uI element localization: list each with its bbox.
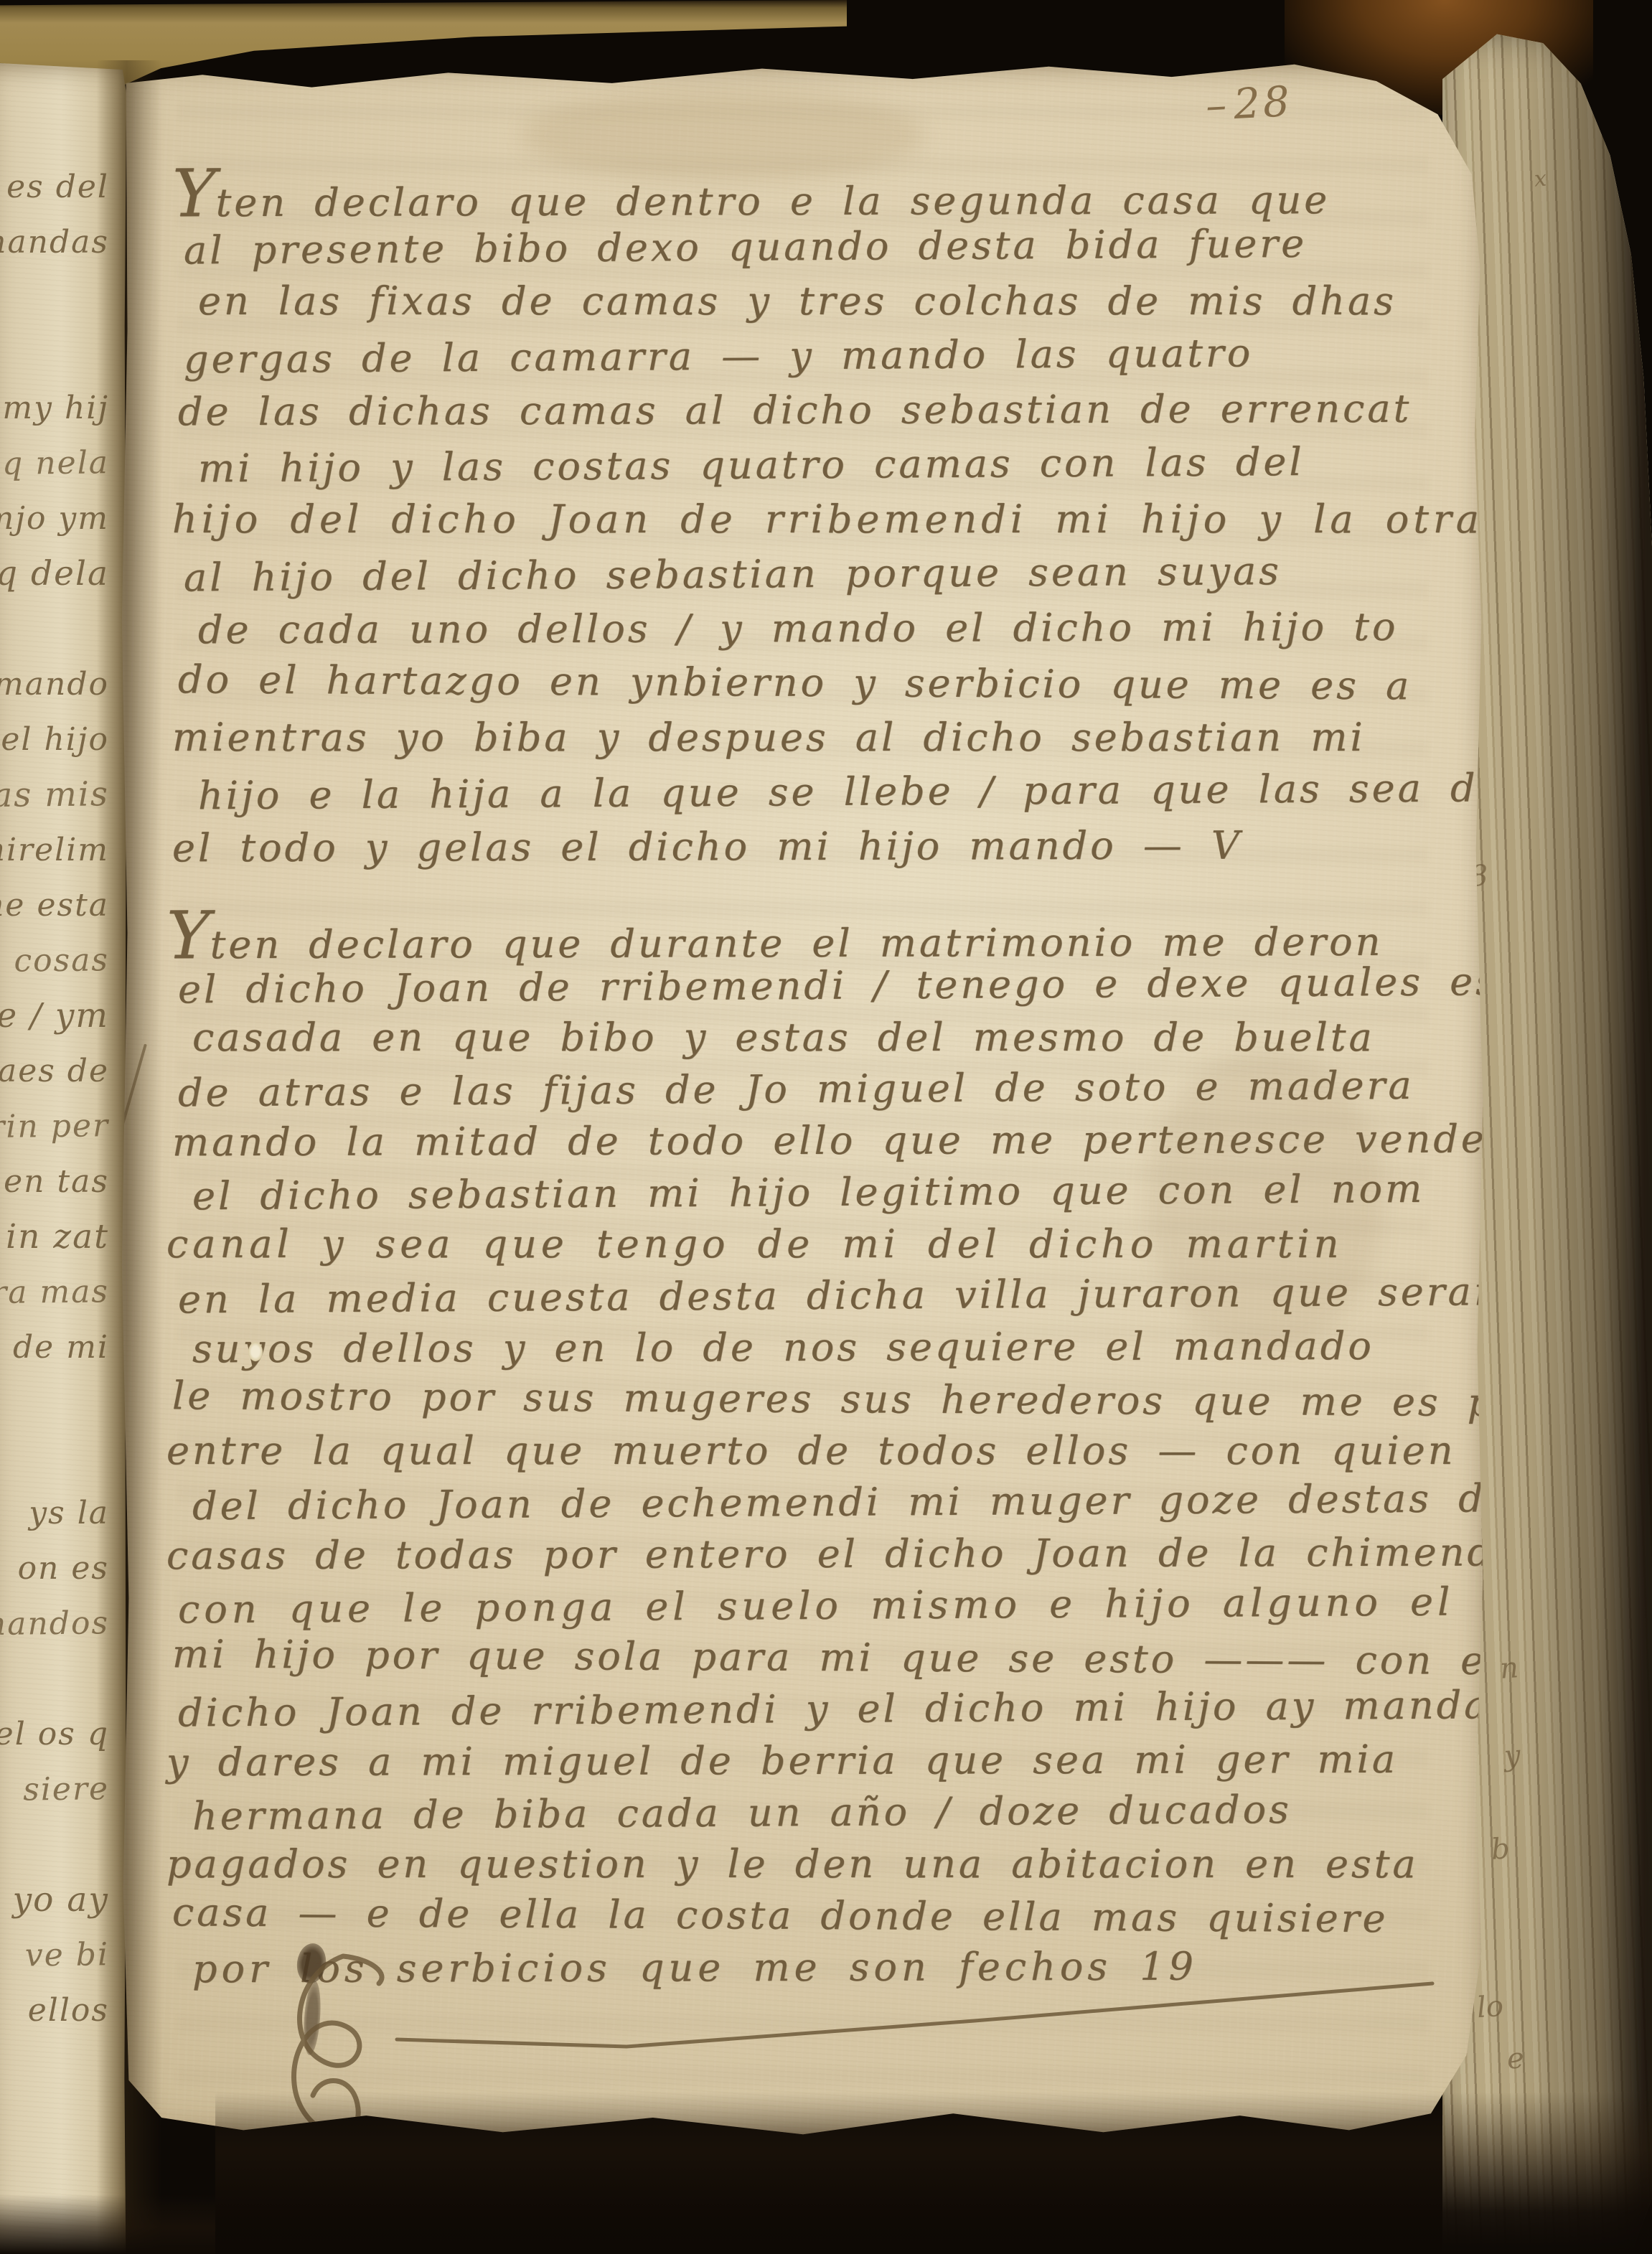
facing-page-line-fragment: on mando [0, 657, 118, 712]
facing-page-line-fragment: ra mas [0, 1264, 118, 1320]
facing-page-line-fragment [0, 1375, 118, 1430]
page-flourishes [121, 60, 1486, 2138]
fore-edge-ink-mark: n [1498, 1651, 1519, 1686]
facing-page-line-fragment: las mis [0, 766, 118, 823]
facing-page-strip: es delmandasmy hijq nelamjo ymq delaon m… [0, 63, 128, 2254]
fore-edge-ink-mark: y [1503, 1739, 1521, 1772]
facing-page-line-fragment: q dela [0, 546, 118, 601]
manuscript-page: –28 Yten declaro que dentro e la segunda… [121, 60, 1486, 2138]
facing-page-line-fragment: yo ay [0, 1872, 118, 1927]
manuscript-photo: x8nybloe es delmandasmy hijq nelamjo ymq… [0, 0, 1652, 2254]
facing-page-line-fragment: es del [0, 159, 118, 215]
facing-page-line-fragment: ve bi [0, 1927, 118, 1983]
facing-page-line-fragment [0, 1429, 118, 1486]
facing-page-line-fragment [0, 325, 118, 380]
facing-page-line-fragment: ys la [0, 1485, 118, 1541]
facing-page-line-fragment: mandos [0, 1595, 118, 1652]
fore-edge-ink-mark: lo [1475, 1990, 1504, 2024]
closing-rule [397, 1983, 1432, 2047]
facing-page-line-fragment: mirelim [0, 822, 118, 878]
facing-page-line-fragment: caes de [0, 1043, 118, 1099]
fore-edge-ink-mark: x [1534, 166, 1547, 192]
facing-page-line-fragment [0, 269, 118, 326]
facing-page-line-fragment: rin per [0, 1098, 118, 1155]
bottom-shadow-left [0, 2194, 215, 2254]
facing-page-line-fragment: siere [0, 1761, 118, 1818]
facing-page-line-fragment [0, 1651, 118, 1706]
facing-page-line-fragment [0, 601, 118, 657]
facing-page-line-fragment: el os q [0, 1706, 118, 1762]
facing-page-line-fragment [0, 1817, 118, 1872]
facing-page-line-fragment: a de mi [0, 1320, 118, 1375]
facing-page-text-fragments: es delmandasmy hijq nelamjo ymq delaon m… [0, 159, 118, 2038]
facing-page-line-fragment: on es [0, 1541, 118, 1596]
facing-page-line-fragment: n el hijo [0, 712, 118, 767]
facing-page-line-fragment: q nela [0, 435, 118, 492]
fore-edge-ink-mark: b [1490, 1832, 1511, 1866]
bottom-shadow [215, 2092, 1652, 2254]
facing-page-line-fragment: que cosas [0, 932, 118, 989]
facing-page-line-fragment: ellos [0, 1983, 118, 2038]
facing-page-line-fragment: mandas [0, 215, 118, 270]
facing-page-line-fragment: mjo ym [0, 491, 118, 546]
facing-page-line-fragment: en tas [0, 1154, 118, 1209]
facing-page-line-fragment: in zat [0, 1209, 118, 1264]
fore-edge-ink-mark: e [1506, 2042, 1525, 2076]
facing-page-line-fragment: ne esta [0, 878, 118, 933]
facing-page-line-fragment: my hij [0, 380, 118, 436]
facing-page-line-fragment: ze / ym [0, 988, 118, 1043]
